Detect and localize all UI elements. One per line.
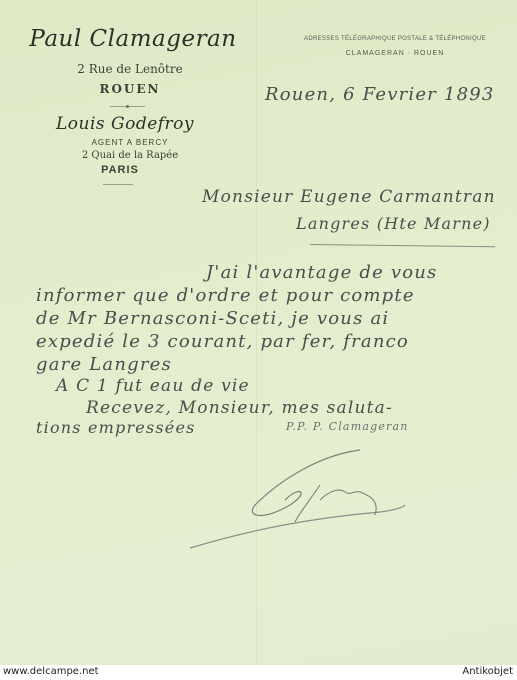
agent-name: Louis Godefroy (40, 114, 210, 134)
body-line-6: A C 1 fut eau de vie (56, 376, 250, 396)
firm-name: Paul Clamageran (28, 26, 238, 52)
ornament-dot (126, 105, 129, 108)
place-date: Rouen, 6 Fevrier 1893 (265, 84, 495, 105)
body-line-4: expedié le 3 courant, par fer, franco (36, 331, 409, 352)
agent-title: AGENT A BERCY (60, 138, 200, 147)
telegraph-label: Adresses Télégraphique Postale & Télépho… (290, 36, 500, 42)
body-line-5: gare Langres (36, 354, 172, 375)
firm-city: ROUEN (40, 82, 220, 96)
agent-street: 2 Quai de la Rapée (50, 150, 210, 161)
recipient-address: Langres (Hte Marne) (296, 214, 491, 233)
footer-site-link[interactable]: www.delcampe.net (3, 666, 99, 677)
footer-bar: www.delcampe.net Antikobjet (0, 665, 517, 680)
body-line-3: de Mr Bernasconi-Sceti, je vous ai (36, 308, 389, 329)
recipient-name: Monsieur Eugene Carmantran (202, 187, 496, 207)
firm-street: 2 Rue de Lenôtre (40, 62, 220, 76)
address-underline (310, 244, 495, 247)
ornament-divider (103, 184, 133, 185)
footer-seller-name: Antikobjet (462, 666, 513, 677)
body-line-7: Recevez, Monsieur, mes saluta- (86, 398, 393, 418)
signature: G. Hier (170, 430, 450, 550)
body-line-1: J'ai l'avantage de vous (206, 262, 438, 283)
agent-city: PARIS (70, 164, 170, 176)
telegraph-address: CLAMAGERAN · ROUEN (330, 50, 460, 57)
body-line-2: informer que d'ordre et pour compte (36, 285, 415, 306)
signature-icon (170, 430, 450, 550)
letter-paper: Paul Clamageran 2 Rue de Lenôtre ROUEN L… (0, 0, 517, 665)
